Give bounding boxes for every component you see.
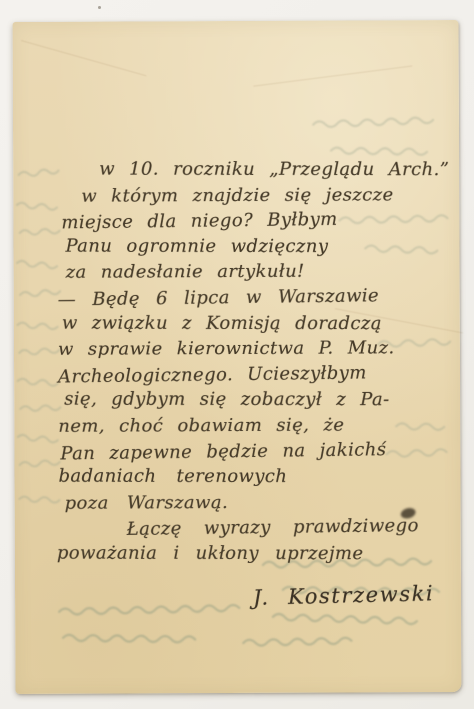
letter-line: za nadesłanie artykułu! (66, 258, 446, 285)
letter-line: miejsce dla niego? Byłbym (61, 206, 445, 237)
letter-line: nem, choć obawiam się, że (58, 412, 446, 439)
letter-line: badaniach terenowych (59, 464, 447, 490)
letter-line: w którym znajdzie się jeszcze (81, 182, 445, 209)
letter-line: się, gdybym się zobaczył z Pa- (64, 387, 446, 413)
letter-line: Archeologicznego. Ucieszyłbym (58, 359, 446, 390)
letter-line: w 10. roczniku „Przeglądu Arch.” (99, 157, 445, 183)
signature: J. Kostrzewski (253, 581, 435, 610)
letter-body: w 10. roczniku „Przeglądu Arch.” w który… (55, 156, 447, 567)
letter-paper: w 10. roczniku „Przeglądu Arch.” w który… (13, 20, 462, 694)
letter-line: Panu ogromnie wdzięczny (65, 233, 445, 259)
letter-line: Pan zapewne będzie na jakichś (60, 436, 446, 467)
letter-line: — Będę 6 lipca w Warszawie (58, 282, 446, 313)
letter-line: w związku z Komisją doradczą (62, 310, 446, 336)
letter-line: Łączę wyrazy prawdziwego (127, 513, 447, 543)
letter-line: poza Warszawą. (65, 489, 447, 516)
letter-line: poważania i ukłony uprzejme (57, 541, 447, 567)
dust-speck (98, 6, 101, 9)
photo-background: w 10. roczniku „Przeglądu Arch.” w który… (0, 0, 474, 709)
letter-line: w sprawie kierownictwa P. Muz. (58, 335, 446, 362)
